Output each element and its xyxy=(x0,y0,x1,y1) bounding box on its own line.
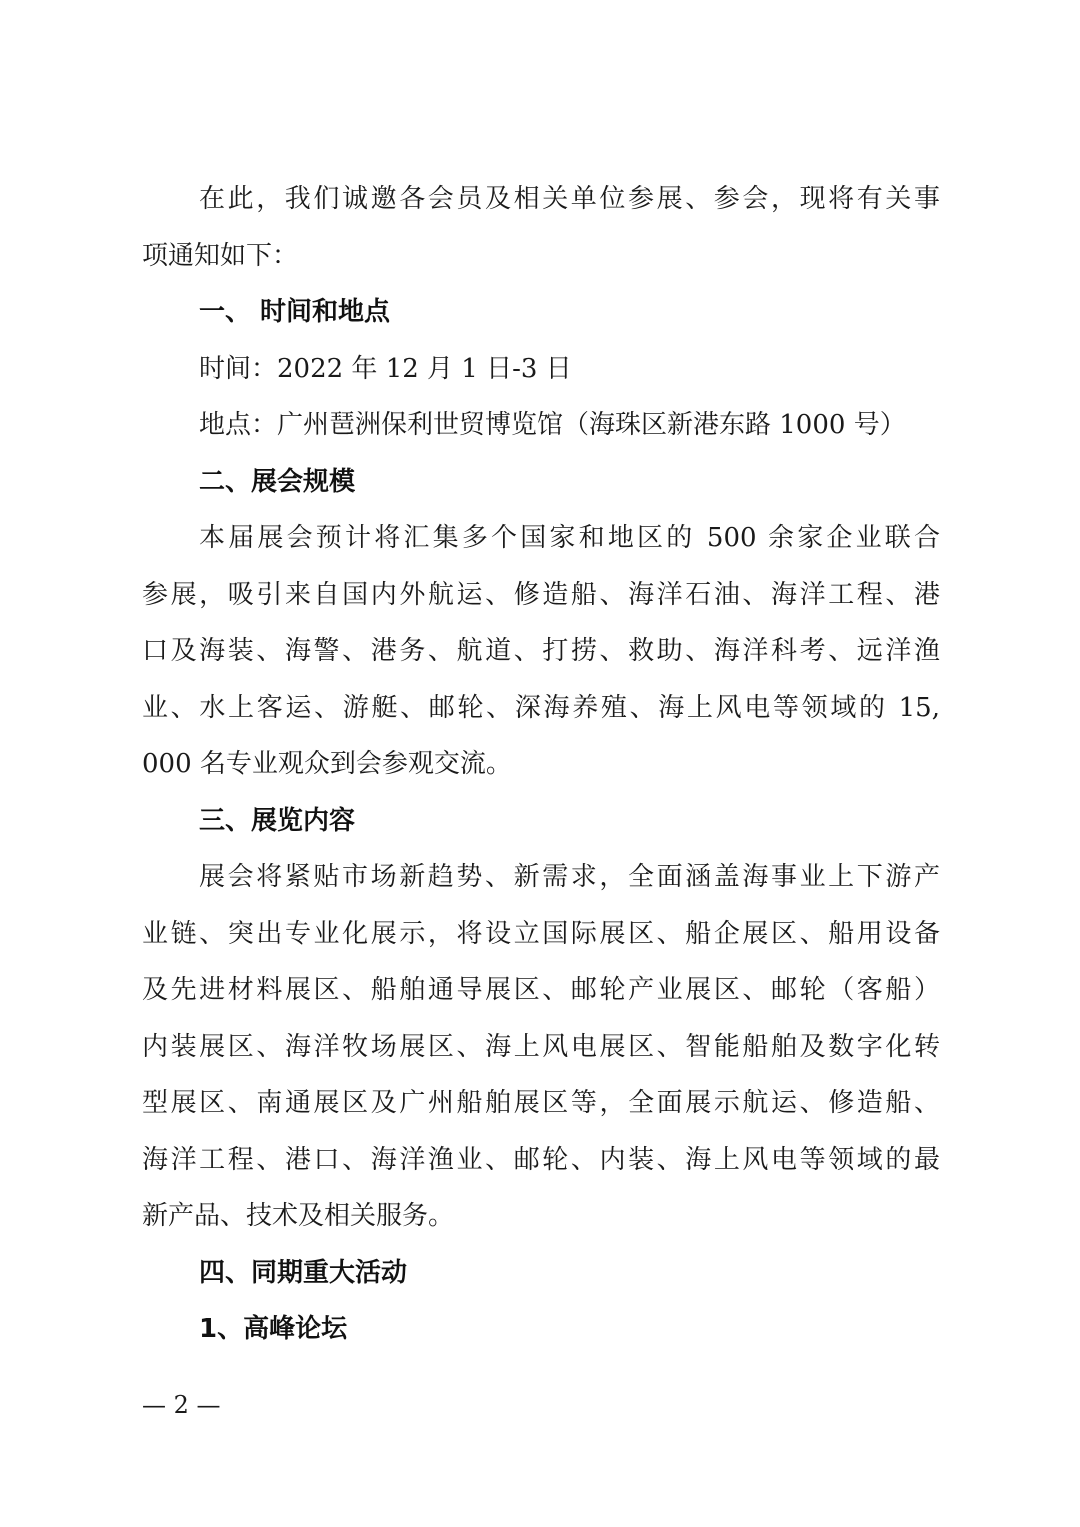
scale-paragraph-line: 业、水上客运、游艇、邮轮、深海养殖、海上风电等领域的 15, xyxy=(142,688,940,728)
scale-paragraph-line: 参展，吸引来自国内外航运、修造船、海洋石油、海洋工程、港 xyxy=(142,575,940,615)
content-paragraph-line: 展会将紧贴市场新趋势、新需求，全面涵盖海事业上下游产 xyxy=(199,857,940,897)
section-heading-exhibition-content: 三、展览内容 xyxy=(199,801,940,841)
intro-paragraph-line-1: 在此，我们诚邀各会员及相关单位参展、参会，现将有关事 xyxy=(199,179,940,219)
content-paragraph-line: 新产品、技术及相关服务。 xyxy=(142,1196,940,1236)
section-heading-exhibition-scale: 二、展会规模 xyxy=(199,462,940,502)
subheading-summit-forum: 1、高峰论坛 xyxy=(199,1309,940,1349)
content-paragraph-line: 海洋工程、港口、海洋渔业、邮轮、内装、海上风电等领域的最 xyxy=(142,1140,940,1180)
section-heading-concurrent-events: 四、同期重大活动 xyxy=(199,1253,940,1293)
scale-paragraph-line: 000 名专业观众到会参观交流。 xyxy=(142,744,940,784)
event-time: 时间：2022 年 12 月 1 日-3 日 xyxy=(199,349,940,389)
scale-paragraph-line: 口及海装、海警、港务、航道、打捞、救助、海洋科考、远洋渔 xyxy=(142,631,940,671)
content-paragraph-line: 型展区、南通展区及广州船舶展区等，全面展示航运、修造船、 xyxy=(142,1083,940,1123)
page-number: — 2 — xyxy=(142,1389,221,1421)
content-paragraph-line: 业链、突出专业化展示，将设立国际展区、船企展区、船用设备 xyxy=(142,914,940,954)
intro-paragraph-line-2: 项通知如下： xyxy=(142,236,940,276)
document-page: 在此，我们诚邀各会员及相关单位参展、参会，现将有关事 项通知如下： 一、 时间和… xyxy=(0,0,1080,1527)
event-location: 地点：广州琶洲保利世贸博览馆（海珠区新港东路 1000 号） xyxy=(199,405,940,445)
scale-paragraph-line: 本届展会预计将汇集多个国家和地区的 500 余家企业联合 xyxy=(199,518,940,558)
content-paragraph-line: 及先进材料展区、船舶通导展区、邮轮产业展区、邮轮（客船） xyxy=(142,970,940,1010)
content-paragraph-line: 内装展区、海洋牧场展区、海上风电展区、智能船舶及数字化转 xyxy=(142,1027,940,1067)
section-heading-time-location: 一、 时间和地点 xyxy=(199,292,940,332)
